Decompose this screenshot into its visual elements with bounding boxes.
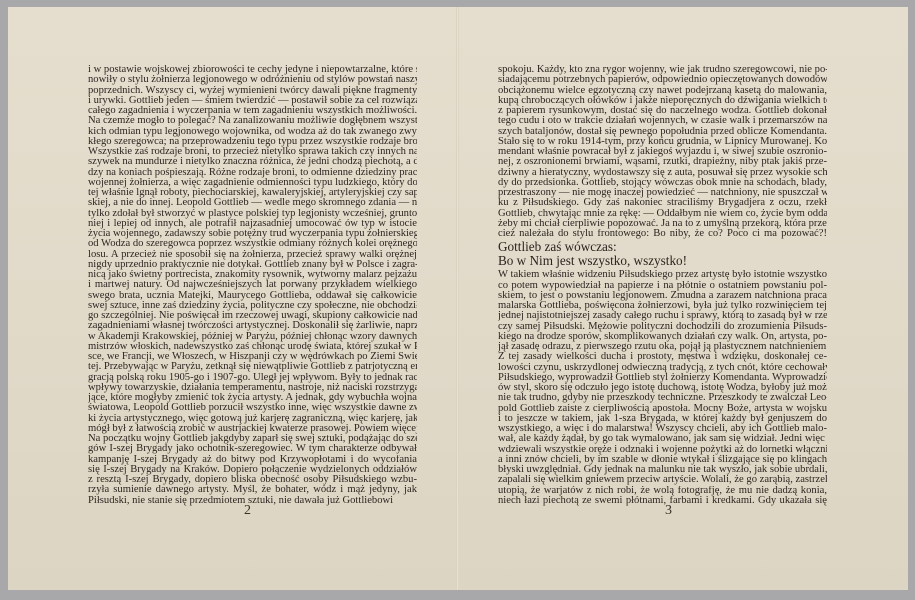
text-line: dy do przedsionka. Gottlieb, stojący wów… (498, 178, 827, 188)
text-line: i martwej natury. Od najwcześniejszych l… (88, 280, 417, 290)
text-line: dziwny a hieratyczny, wydostawszy się z … (498, 168, 827, 178)
text-line: cież należała do stylu frontowego: Bo ni… (498, 229, 827, 239)
text-line: tego cudu i oto w trakcie działań wojenn… (498, 116, 827, 126)
text-line: Stało się to w roku 1914-tym, przy końcu… (498, 137, 827, 147)
text-line: rzyła sumienie dawnego artysty. Myśl, że… (88, 485, 417, 495)
text-line: jące, które mogłyby zmienić tok życia ar… (88, 393, 417, 403)
text-line: nigdy uprzednio praktycznie nie dotykał.… (88, 260, 417, 270)
text-line: dzy na koniach pośpieszają. Różne rodzaj… (88, 168, 417, 178)
text-line: wdziewali wszystkie oręże i odznaki i wo… (498, 445, 827, 455)
text-line: go szczególniej. Nie poświęcał im rzeczo… (88, 311, 417, 321)
text-line: skiej, a nie do innej. Leopold Gottlieb … (88, 198, 417, 208)
text-line: od Wodza do szeregowca poprzez wszystkie… (88, 239, 417, 249)
text-line: i to jeszcze w takiem, jak 1-sza Brygada… (498, 414, 827, 424)
text-line: utopią, że warjatów z nich robi, że wolą… (498, 486, 827, 496)
text-line: kich odmian typu legjonowego wojownika, … (88, 127, 417, 137)
text-line: co potem wypowiedział na papierze i na p… (498, 281, 827, 291)
quoted-heading-exclamation: Bo w Nim jest wszystko, wszystko! (498, 254, 827, 268)
quoted-heading-gottlieb: Gottlieb zaś wówczas: (498, 240, 827, 254)
text-line: niech łazi piechotą ze swemi płótnami, f… (498, 496, 827, 506)
text-line: Piłsudskiego, wyprowadził Gottlieb styl … (498, 373, 827, 383)
text-line: kupą chroboczących ołówków i jakże niepo… (498, 96, 827, 106)
text-line: tylko zdołał był stworzyć w plastyce pol… (88, 209, 417, 219)
text-line: Na czemże mogło to polegać? Na zanalizow… (88, 116, 417, 126)
text-line: czy samej Piłsudski. Mężowie polityczni … (498, 322, 827, 332)
text-line: swej sztuce, inne zaś dziedziny życia, p… (88, 301, 417, 311)
text-line: poprzednich. Wszyscy ci, wyżej wymienien… (88, 86, 417, 96)
text-line: zapalali się wielkim gniewem przeciw art… (498, 475, 827, 485)
right-page: spokoju. Każdy, kto zna rygor wojenny, w… (458, 7, 908, 590)
text-line: gracją polską roku 1905-go i 1907-go. Ul… (88, 373, 417, 383)
text-line: nej, z oszronionemi brwiami, wąsami, rzu… (498, 157, 827, 167)
text-line: pold Gottlieb zaiste z cierpliwością apo… (498, 404, 827, 414)
text-line: nie tak trudno, gdyby nie przeszkody tec… (498, 393, 827, 403)
text-line: skiem, to jest o powstaniu legjonowem. Ż… (498, 291, 827, 301)
text-line: przestraszony — nie mogę inaczej powiedz… (498, 188, 827, 198)
text-line: zagadnieniami własnej twórczości artysty… (88, 321, 417, 331)
text-line: tej właśnie lgnął roboty, piechociarskie… (88, 188, 417, 198)
text-line: malarska Gottlieba, poświęcona żołnierzo… (498, 301, 827, 311)
text-line: kiego na drodze sporów, skomplikowanych … (498, 332, 827, 342)
text-line: mendant właśnie powracał był z jakiegoś … (498, 147, 827, 157)
text-line: światowa, Leopold Gottlieb porzucił wszy… (88, 403, 417, 413)
text-line: mógł był z łatwością zrobić w austrjacki… (88, 424, 417, 434)
book-gutter (456, 7, 459, 590)
text-line: błyski uwzględniał. Gdy jednak na malunk… (498, 465, 827, 475)
right-page-number: 3 (665, 503, 672, 519)
book-spread: i w postawie wojskowej zbiorowości te ce… (8, 7, 907, 590)
text-line: wał, ale każdy żądał, by go tak wymalowa… (498, 434, 827, 444)
left-page-number: 2 (244, 503, 251, 519)
text-line: W takiem właśnie widzeniu Piłsudskiego p… (498, 270, 827, 280)
text-line: mistrzów włoskich, nadewszystko zaś chło… (88, 342, 417, 352)
text-line: w Akademji Krakowskiej, później w Paryżu… (88, 332, 417, 342)
left-page: i w postawie wojskowej zbiorowości te ce… (8, 7, 458, 590)
text-line: szywek na mundurze i nietylko znaczna ró… (88, 157, 417, 167)
text-line: spokoju. Każdy, kto zna rygor wojenny, w… (498, 65, 827, 75)
text-line: Wszystkie zaś rodzaje broni, to przecież… (88, 147, 417, 157)
text-line: całego zagadnienia i wyczerpania w tem z… (88, 106, 417, 116)
text-line: a inni znów chcieli, by im szable w dłon… (498, 455, 827, 465)
text-line: jął zasadę odrazu, z pierwszego rzutu ok… (498, 342, 827, 352)
text-line: nowiły o stylu żołnierza legjonowego w o… (88, 75, 417, 85)
text-line: ku z Piłsudskiego. Gdy zaś nakoniec stra… (498, 198, 827, 208)
text-line: Na początku wojny Gottlieb jakgdyby zapa… (88, 434, 417, 444)
text-line: lowości czynu, uskrzydlonej odwieczną tr… (498, 363, 827, 373)
text-line: ki życia artystycznego, więc gotową już … (88, 414, 417, 424)
text-line: z resztą I-szej Brygady, dopiero bliska … (88, 475, 417, 485)
right-page-text-after-heading: W takiem właśnie widzeniu Piłsudskiego p… (498, 270, 827, 506)
text-line: Piłsudski, nie stanie się przedmiotem sz… (88, 496, 417, 506)
text-line: szych bataljonów, dostał się pewnego pop… (498, 127, 827, 137)
text-line: życia wojennego, zadawszy sobie potężny … (88, 229, 417, 239)
text-line: żeby mi chciał cierpliwie popozować. Ja … (498, 219, 827, 229)
text-line: siadającemu potrzebnych papierów, odpowi… (498, 75, 827, 85)
text-line: wojennej żołnierza, a więc zagadnienie o… (88, 178, 417, 188)
text-line: wpływy towarzyskie, działania temperamen… (88, 383, 417, 393)
text-line: Gottlieb, chwytając mnie za rękę: — Odda… (498, 209, 827, 219)
text-line: ów styl, skoro się odczuło jego istotę d… (498, 383, 827, 393)
text-line: i w postawie wojskowej zbiorowości te ce… (88, 65, 417, 75)
text-line: nicą jako świetny portrecista, znakomity… (88, 270, 417, 280)
text-line: wszystkiego, a więc i do malarstwa! Wszy… (498, 424, 827, 434)
text-line: kampanję I-szej Brygady aż do bitwy pod … (88, 455, 417, 465)
text-line: obciążonemu wielce egzotyczną czy nawet … (498, 86, 827, 96)
text-line: gów I-szej Brygady jako ochotnik-szerego… (88, 444, 417, 454)
text-line: losu. A przecież nie sposobił się na żoł… (88, 250, 417, 260)
text-line: niej i lepiej od innych, ale potrafił na… (88, 219, 417, 229)
right-page-body-text: spokoju. Każdy, kto zna rygor wojenny, w… (498, 65, 827, 506)
text-line: kłego szeregowca; na przeprowadzeniu teg… (88, 137, 417, 147)
text-line: Z tej zasady wielkości ducha i prostoty,… (498, 352, 827, 362)
text-line: jednej najistotniejszej zasady całego ru… (498, 311, 827, 321)
text-line: się I-szej Brygady na Kraków. Dopiero po… (88, 465, 417, 475)
text-line: z papierem rysunkowym, dostać się do nac… (498, 106, 827, 116)
left-page-body-text: i w postawie wojskowej zbiorowości te ce… (88, 65, 417, 506)
text-line: i urywki. Gottlieb jeden — śmiem twierdz… (88, 96, 417, 106)
text-line: sce, we Francji, we Włoszech, w Hiszpanj… (88, 352, 417, 362)
text-line: tej. Przebywając w Paryżu, zetknął się n… (88, 362, 417, 372)
right-page-text-before-heading: spokoju. Każdy, kto zna rygor wojenny, w… (498, 65, 827, 239)
text-line: swego brata, ucznia Matejki, Maurycego G… (88, 291, 417, 301)
